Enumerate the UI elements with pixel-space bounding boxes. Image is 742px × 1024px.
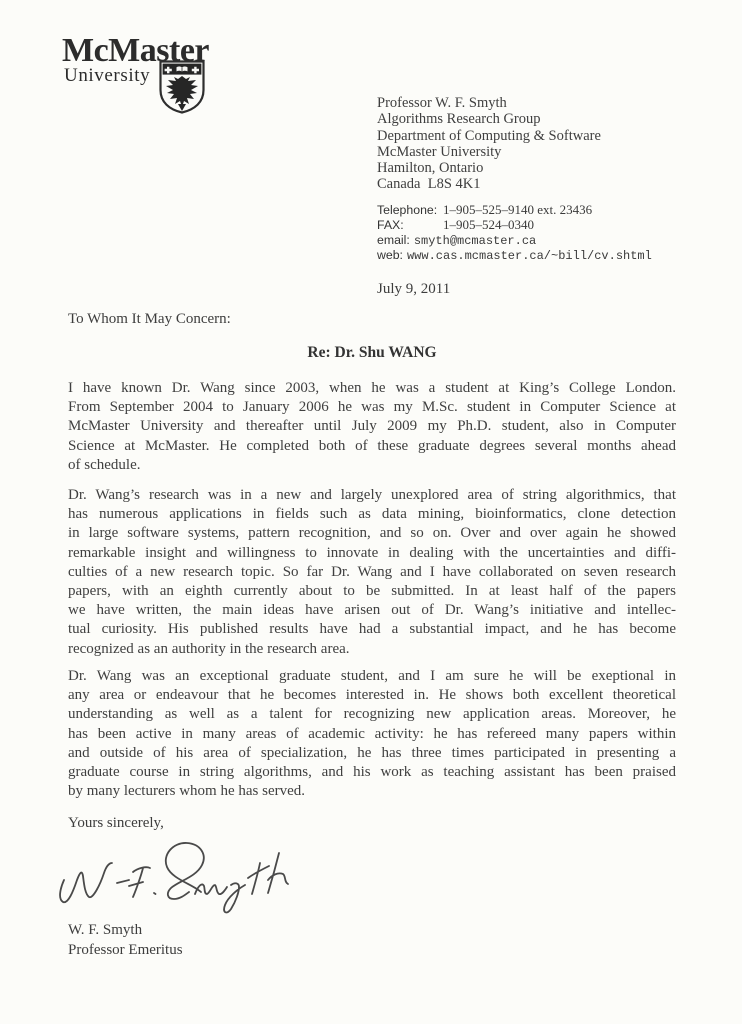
paragraph-line: has been active in many areas of academi… [68, 725, 676, 744]
paragraph-line: Science at McMaster. He completed both o… [68, 437, 676, 456]
paragraph-line: has numerous applications in fields such… [68, 505, 676, 524]
email-label: email: [377, 233, 410, 247]
handwritten-signature-icon [54, 834, 296, 922]
telephone-row: Telephone:1–905–525–9140 ext. 23436 [377, 203, 652, 218]
email-value: smyth@mcmaster.ca [414, 234, 536, 248]
paragraph-line: in large software systems, pattern recog… [68, 524, 676, 543]
web-value: www.cas.mcmaster.ca/~bill/cv.shtml [407, 249, 652, 263]
web-label: web: [377, 248, 403, 262]
paragraph-line: remarkable insight and willingness to in… [68, 544, 676, 563]
salutation: To Whom It May Concern: [68, 311, 231, 328]
sender-line: Department of Computing & Software [377, 128, 601, 144]
paragraph-line: and outside of his area of specializatio… [68, 744, 676, 763]
paragraph-line: tual curiosity. His published results ha… [68, 620, 676, 639]
email-row: email: smyth@mcmaster.ca [377, 233, 652, 249]
sender-line: Professor W. F. Smyth [377, 95, 601, 111]
paragraph-2: Dr. Wang’s research was in a new and lar… [68, 486, 676, 659]
letter-date: July 9, 2011 [377, 281, 450, 298]
paragraph-line: we have written, the main ideas have ari… [68, 601, 676, 620]
paragraph-line: culties of a new research topic. So far … [68, 563, 676, 582]
paragraph-line: Dr. Wang’s research was in a new and lar… [68, 486, 676, 505]
paragraph-1: I have known Dr. Wang since 2003, when h… [68, 379, 676, 475]
signer-block: W. F. Smyth Professor Emeritus [68, 921, 183, 960]
sender-line: McMaster University [377, 144, 601, 160]
paragraph-line: of schedule. [68, 456, 676, 475]
fax-row: FAX:1–905–524–0340 [377, 218, 652, 233]
paragraph-line: I have known Dr. Wang since 2003, when h… [68, 379, 676, 398]
signer-title: Professor Emeritus [68, 941, 183, 961]
university-wordmark-sub: University [64, 66, 150, 86]
paragraph-line: Dr. Wang was an exceptional graduate stu… [68, 667, 676, 686]
subject-line: Re: Dr. Shu WANG [68, 344, 676, 362]
closing-phrase: Yours sincerely, [68, 815, 164, 832]
sender-address-block: Professor W. F. Smyth Algorithms Researc… [377, 95, 601, 193]
sender-line: Algorithms Research Group [377, 111, 601, 127]
mcmaster-crest-icon [159, 60, 205, 114]
paragraph-line: any area or endeavour that he becomes in… [68, 686, 676, 705]
paragraph-line: recognized as an authority in the resear… [68, 640, 676, 659]
paragraph-line: understanding as well as a talent for re… [68, 705, 676, 724]
paragraph-line: papers, with an eighth currently about t… [68, 582, 676, 601]
paragraph-line: by many lecturers whom he has served. [68, 782, 676, 801]
paragraph-line: From September 2004 to January 2006 he w… [68, 398, 676, 417]
sender-line: Hamilton, Ontario [377, 160, 601, 176]
web-row: web: www.cas.mcmaster.ca/~bill/cv.shtml [377, 248, 652, 264]
telephone-value: 1–905–525–9140 ext. 23436 [443, 202, 592, 217]
paragraph-3: Dr. Wang was an exceptional graduate stu… [68, 667, 676, 801]
sender-line: Canada L8S 4K1 [377, 176, 601, 192]
signer-name: W. F. Smyth [68, 921, 183, 941]
telephone-label: Telephone: [377, 203, 443, 218]
contact-block: Telephone:1–905–525–9140 ext. 23436 FAX:… [377, 203, 652, 264]
letter-page: { "page": {"background": "#fcfcf9", "ink… [0, 0, 742, 1024]
fax-value: 1–905–524–0340 [443, 217, 534, 232]
paragraph-line: McMaster University and thereafter until… [68, 417, 676, 436]
paragraph-line: graduate course in string algorithms, an… [68, 763, 676, 782]
